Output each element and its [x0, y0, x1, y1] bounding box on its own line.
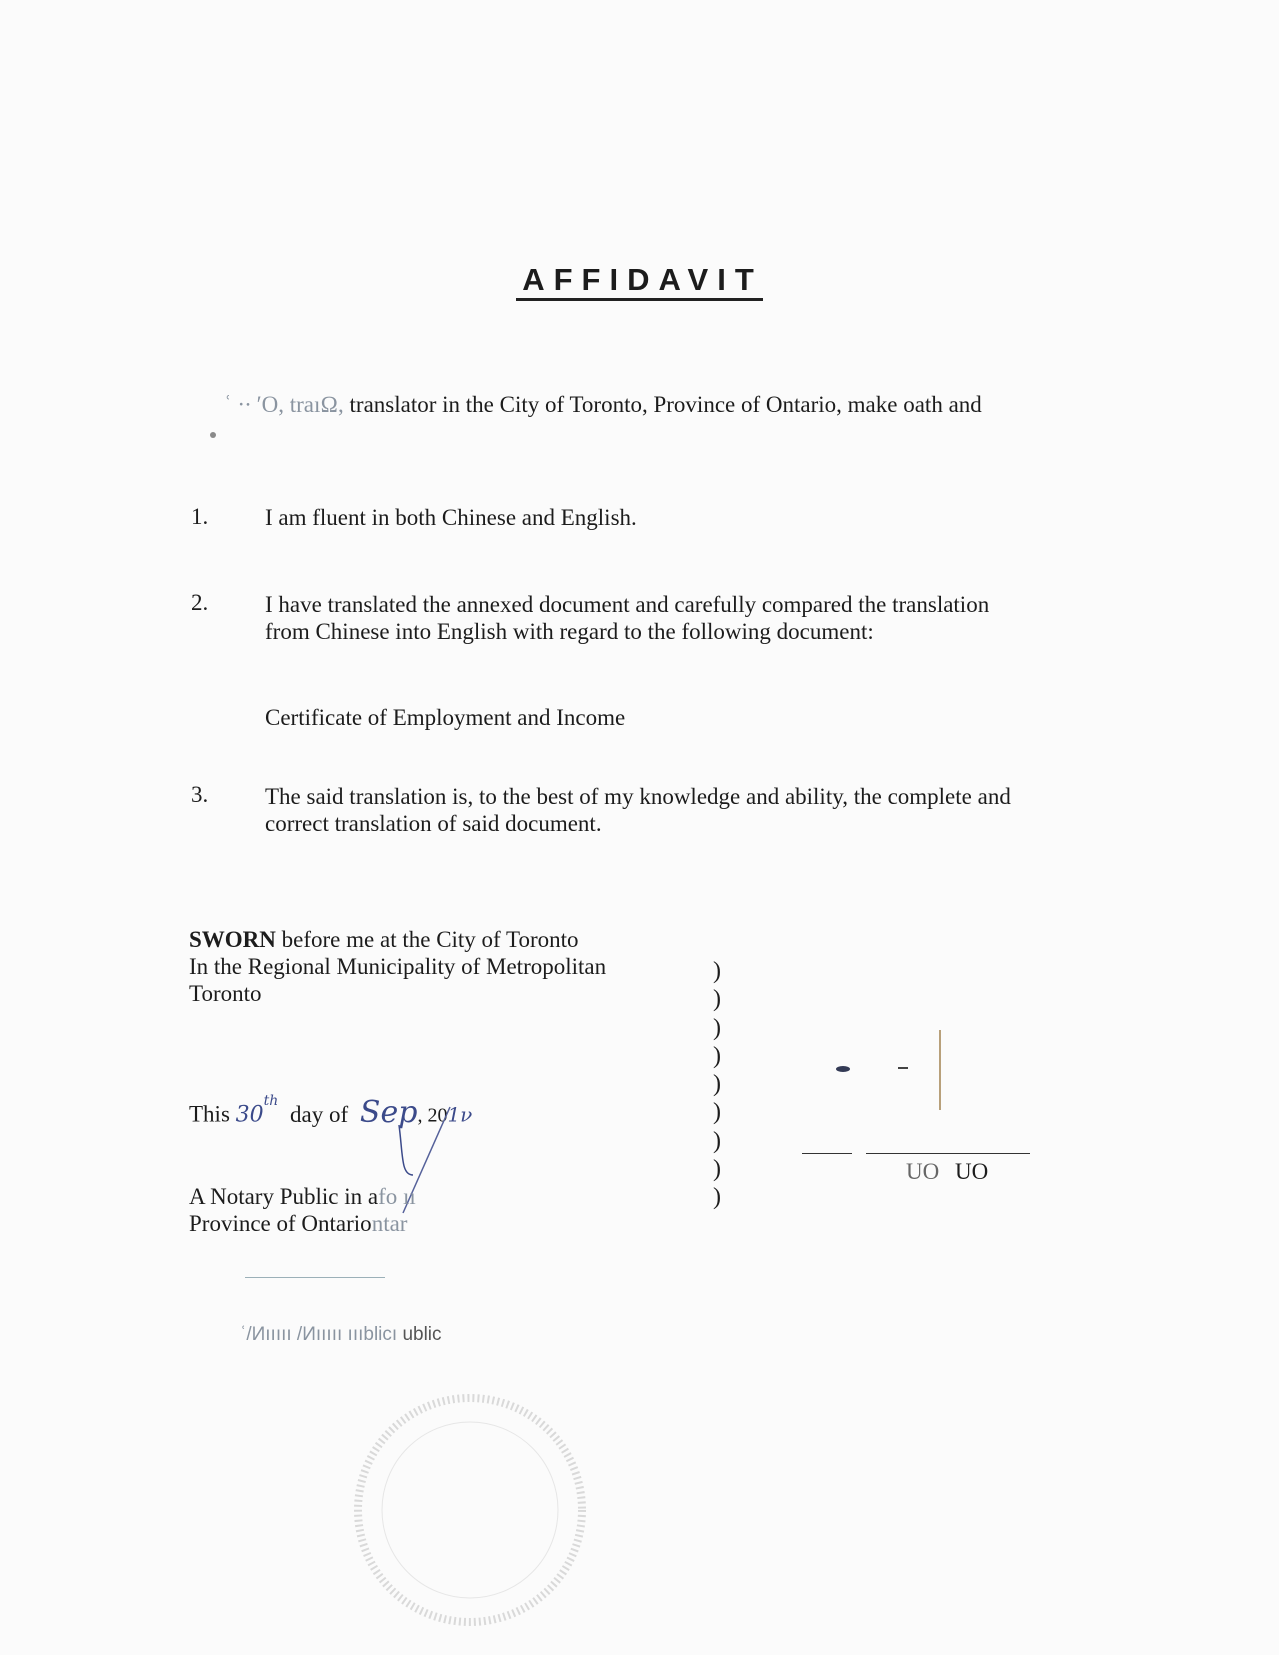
signature-mark: [898, 1067, 908, 1069]
bracket: ): [713, 1183, 721, 1211]
bracket: ): [713, 1014, 721, 1042]
deponent-name-label: UO UO: [906, 1158, 988, 1185]
intro-paragraph: ʿ ·∙ ʹO, traıΩ, translator in the City o…: [224, 391, 982, 418]
item-text-3: The said translation is, to the best of …: [265, 783, 1095, 837]
stamp-line: [245, 1277, 385, 1278]
bracket: ): [713, 1070, 721, 1098]
bracket: ): [713, 1127, 721, 1155]
notary-stamp-text: ʿ/Иııııı /Иııııı ıııblicı ublic: [240, 1324, 442, 1346]
signature-mark: [836, 1066, 850, 1072]
handwritten-day-suffix: th: [264, 1093, 279, 1109]
bracket-column: ))))))))): [713, 957, 721, 1212]
bracket: ): [713, 985, 721, 1013]
intro-text: translator in the City of Toronto, Provi…: [344, 392, 982, 417]
redacted-name: ʿ ·∙ ʹO, traıΩ,: [224, 392, 344, 417]
notary-block: A Notary Public in afo ıı Province of On…: [189, 1183, 416, 1237]
bracket: ): [713, 1042, 721, 1070]
item-number-3: 3.: [191, 781, 208, 808]
scan-speck: [210, 432, 216, 438]
signature-stroke: [939, 1030, 941, 1110]
signature-line: [802, 1153, 852, 1154]
jurat-block: SWORN before me at the City of Toronto I…: [189, 926, 606, 1007]
translated-document-name: Certificate of Employment and Income: [265, 704, 625, 731]
notary-seal: [340, 1385, 600, 1635]
item-number-2: 2.: [191, 589, 208, 616]
bracket: ): [713, 1155, 721, 1183]
sworn-label: SWORN: [189, 927, 276, 952]
bracket: ): [713, 957, 721, 985]
item-number-1: 1.: [191, 503, 208, 530]
item-text-1: I am fluent in both Chinese and English.: [265, 504, 1095, 531]
document-title: AFFIDAVIT: [0, 262, 1279, 298]
handwritten-day: 30: [236, 1103, 264, 1128]
bracket: ): [713, 1098, 721, 1126]
signature-line: [866, 1153, 1030, 1154]
item-text-2: I have translated the annexed document a…: [265, 591, 1095, 645]
